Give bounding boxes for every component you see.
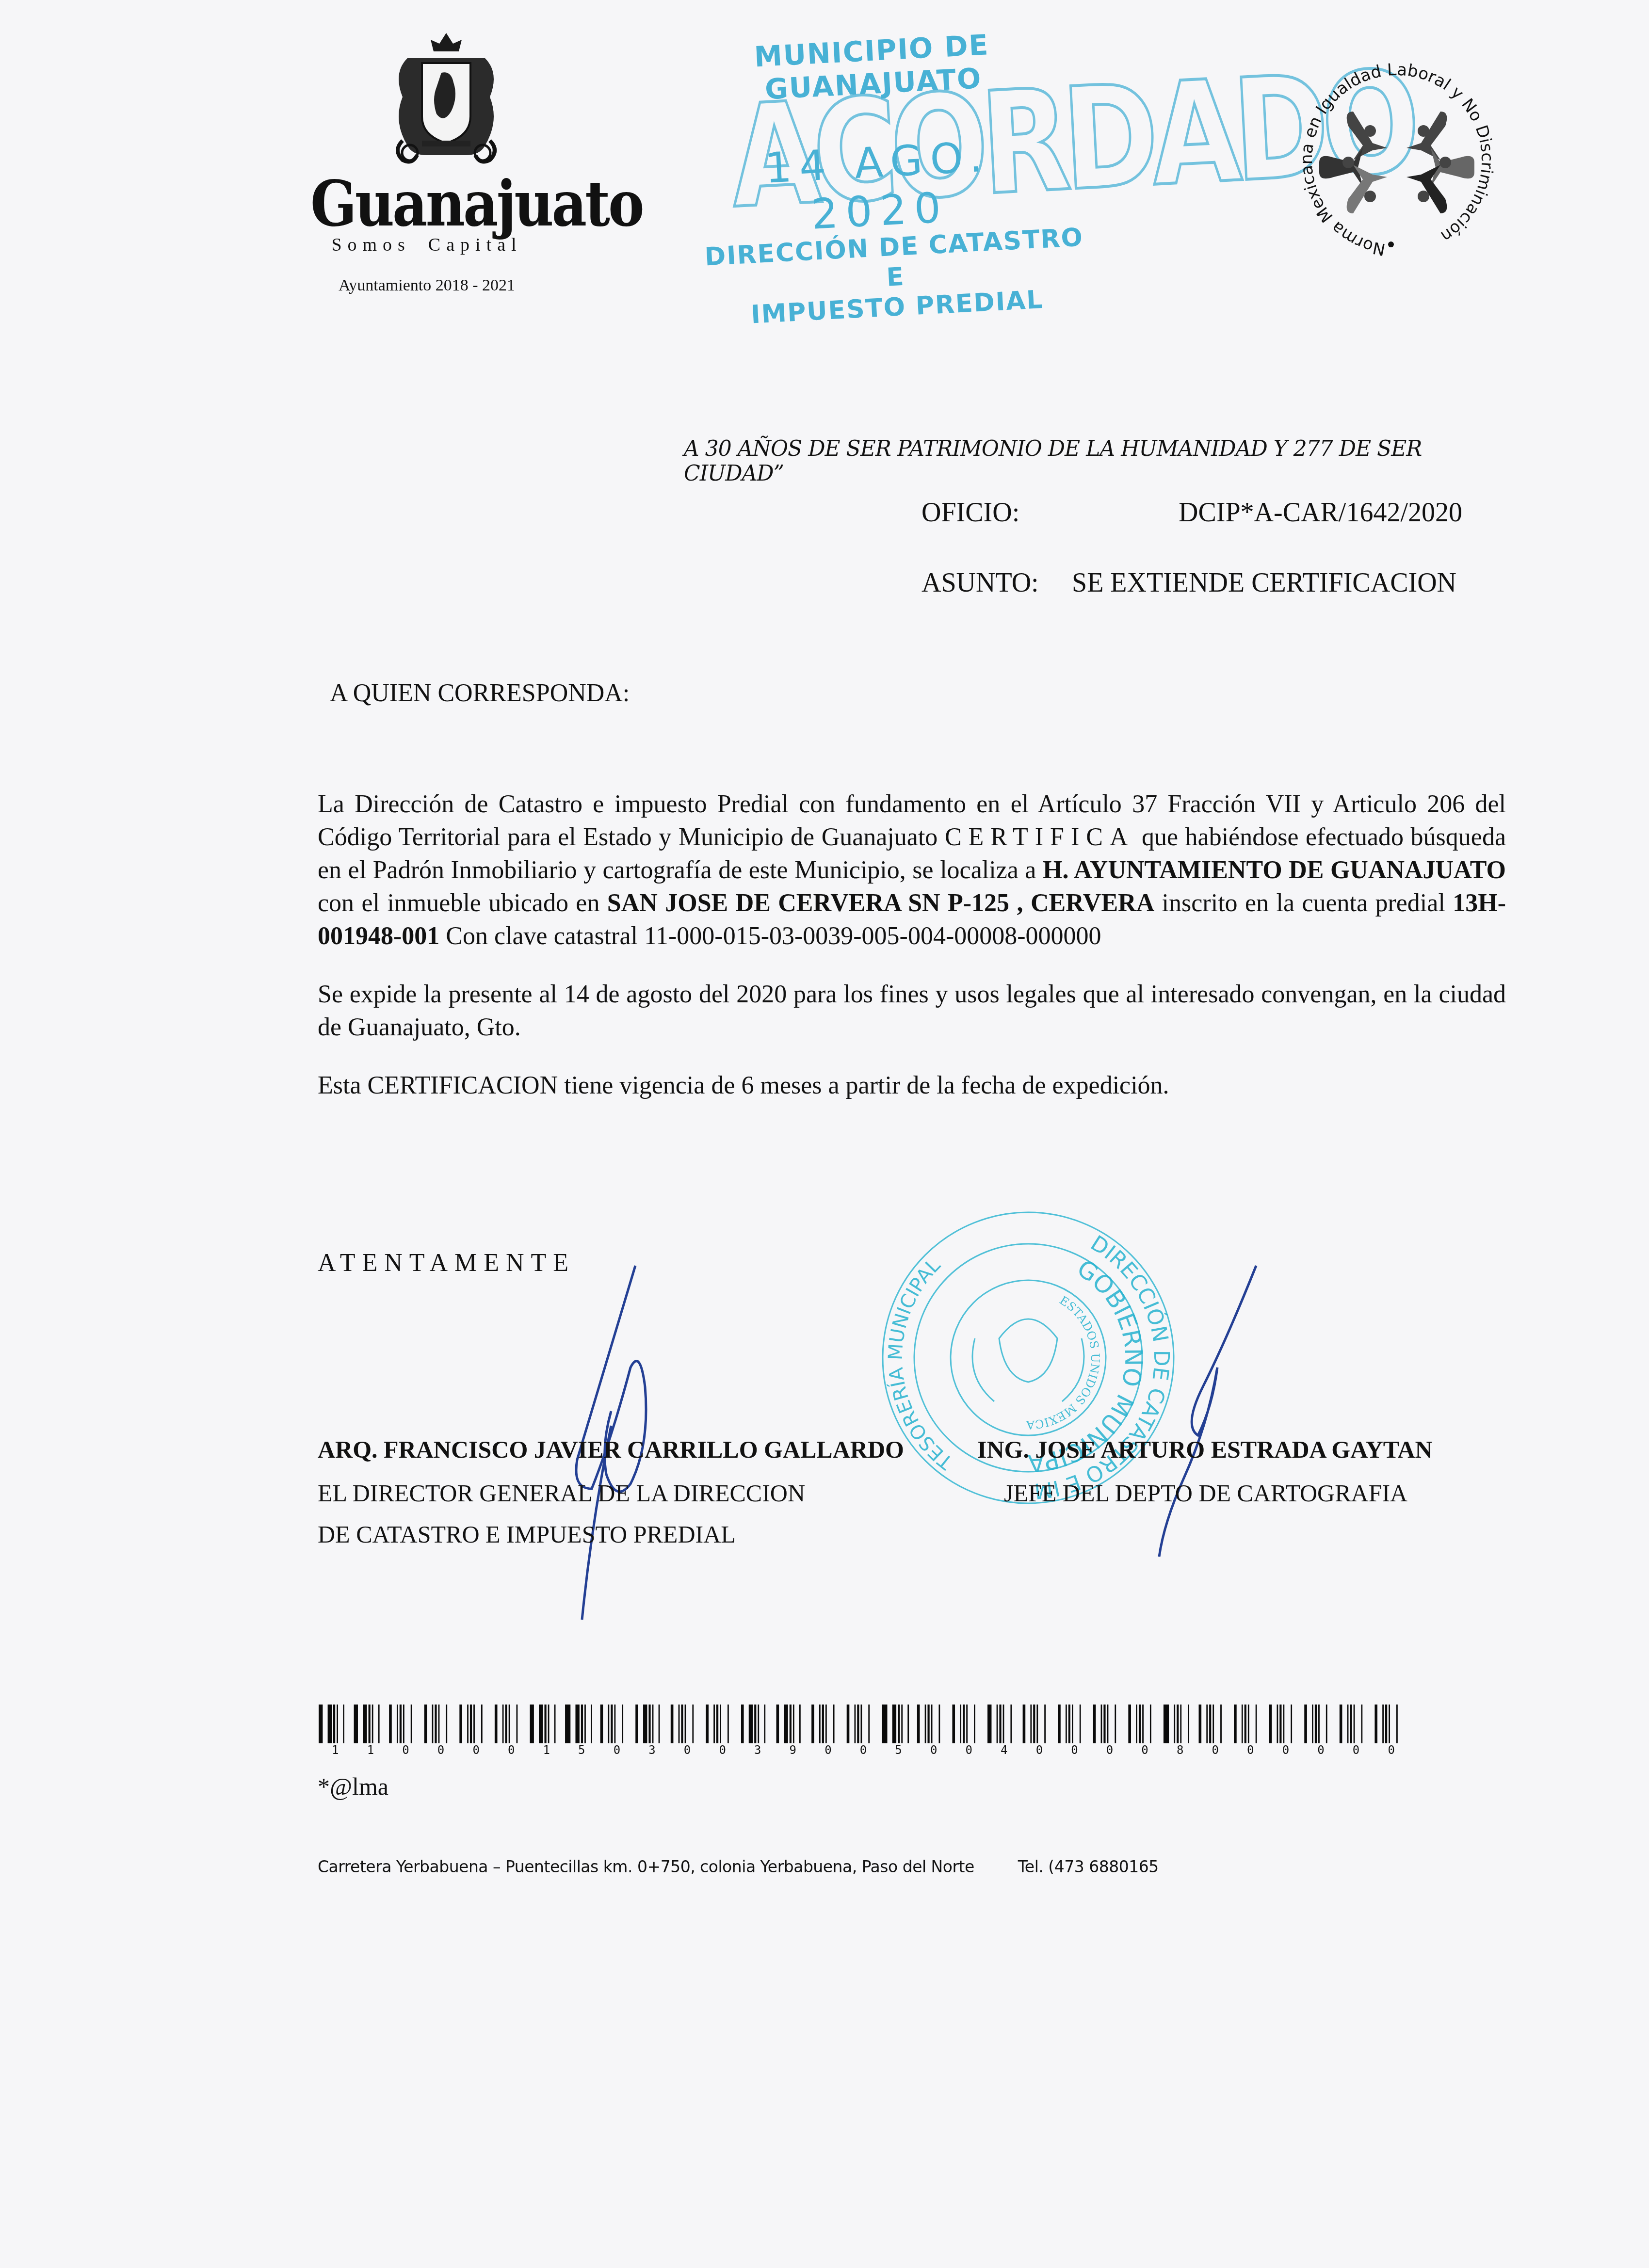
- signature-cartography-head: [1145, 1261, 1271, 1561]
- barcode-digit: 3: [754, 1743, 761, 1757]
- footer-contact: Carretera Yerbabuena – Puentecillas km. …: [318, 1857, 1159, 1876]
- barcode-digit: 0: [437, 1743, 444, 1757]
- validity-paragraph: Esta CERTIFICACION tiene vigencia de 6 m…: [318, 1069, 1506, 1102]
- barcode-digit: 0: [1247, 1743, 1254, 1757]
- footer-phone: Tel. (473 6880165: [1018, 1857, 1159, 1876]
- issue-paragraph: Se expide la presente al 14 de agosto de…: [318, 978, 1506, 1044]
- official-municipal-seal-icon: DIRECCIÓN DE CATASTRO E IMPUESTO PREDIAL…: [863, 1193, 1193, 1523]
- body-text: Con clave catastral: [439, 922, 644, 950]
- ayuntamiento-period: Ayuntamiento 2018 - 2021: [310, 276, 543, 295]
- barcode-digit: 1: [332, 1743, 339, 1757]
- asunto-value: SE EXTIENDE CERTIFICACION: [1072, 567, 1456, 598]
- typist-initials: *@lma: [318, 1772, 388, 1801]
- barcode-digit: 0: [508, 1743, 515, 1757]
- body-text: con el inmueble ubicado en: [318, 889, 607, 917]
- barcode-digit: 0: [1141, 1743, 1148, 1757]
- stamp-date: 14 AGO. 2020: [741, 131, 1017, 242]
- signatory-1-title-line1: EL DIRECTOR GENERAL DE LA DIRECCION: [318, 1479, 805, 1507]
- signatory-1-name: ARQ. FRANCISCO JAVIER CARRILLO GALLARDO: [318, 1435, 904, 1464]
- clave-catastral: 11-000-015-03-0039-005-004-00008-000000: [644, 922, 1101, 950]
- document-body: La Dirección de Catastro e impuesto Pred…: [318, 788, 1506, 1127]
- guanajuato-coat-of-arms-icon: [373, 29, 519, 170]
- barcode-digit: 0: [1317, 1743, 1324, 1757]
- barcode-digit: 0: [1036, 1743, 1043, 1757]
- equality-norm-seal-icon: Norma Mexicana en Igualdad Laboral y No …: [1271, 58, 1523, 262]
- stamp-department: DIRECCIÓN DE CATASTRO E IMPUESTO PREDIAL: [702, 222, 1089, 332]
- certification-paragraph: La Dirección de Catastro e impuesto Pred…: [318, 788, 1506, 953]
- barcode-digits: 1100001503003900500400008000000: [318, 1743, 1409, 1757]
- signatory-2-title: JEFE DEL DEPTO DE CARTOGRAFIA: [1004, 1479, 1407, 1507]
- brand-word: Guanajuato: [310, 173, 643, 236]
- closing-salutation: ATENTAMENTE: [318, 1249, 575, 1277]
- barcode-digit: 0: [930, 1743, 937, 1757]
- barcode-digit: 0: [824, 1743, 831, 1757]
- barcode-digit: 0: [614, 1743, 620, 1757]
- property-location: SAN JOSE DE CERVERA SN P-125 , CERVERA: [607, 889, 1154, 917]
- barcode-digit: 0: [472, 1743, 479, 1757]
- barcode-digit: 0: [860, 1743, 867, 1757]
- footer-address: Carretera Yerbabuena – Puentecillas km. …: [318, 1857, 974, 1876]
- barcode-digit: 0: [1106, 1743, 1113, 1757]
- certifica-word: CERTIFICA: [945, 823, 1135, 851]
- oficio-label: OFICIO:: [921, 497, 1019, 528]
- addressee: A QUIEN CORRESPONDA:: [330, 679, 630, 708]
- barcode-digit: 0: [965, 1743, 972, 1757]
- signatory-2-name: ING. JOSE ARTURO ESTRADA GAYTAN: [977, 1435, 1433, 1464]
- signatory-1-title-line2: DE CATASTRO E IMPUESTO PREDIAL: [318, 1520, 736, 1548]
- asunto-label: ASUNTO:: [921, 567, 1039, 598]
- barcode-digit: 5: [895, 1743, 902, 1757]
- barcode-digit: 9: [790, 1743, 796, 1757]
- barcode-digit: 0: [1071, 1743, 1078, 1757]
- barcode-digit: 0: [1282, 1743, 1289, 1757]
- barcode-digit: 1: [367, 1743, 374, 1757]
- barcode-digit: 0: [1353, 1743, 1359, 1757]
- body-text: inscrito en la cuenta predial: [1154, 889, 1453, 917]
- barcode-digit: 0: [402, 1743, 409, 1757]
- certification-document: Guanajuato Somos Capital Ayuntamiento 20…: [0, 0, 1649, 2268]
- barcode-digit: 4: [1001, 1743, 1007, 1757]
- property-owner: H. AYUNTAMIENTO DE GUANAJUATO: [1043, 856, 1506, 884]
- barcode-digit: 0: [684, 1743, 691, 1757]
- cadastral-barcode: [318, 1705, 1409, 1743]
- barcode-digit: 3: [648, 1743, 655, 1757]
- oficio-number: DCIP*A-CAR/1642/2020: [1179, 497, 1462, 528]
- guanajuato-brand-logo: Guanajuato Somos Capital: [310, 177, 543, 256]
- barcode-digit: 1: [543, 1743, 550, 1757]
- received-stamp: MUNICIPIO DE GUANAJUATO ACORDADO 14 AGO.…: [677, 19, 1088, 321]
- barcode-digit: 0: [1212, 1743, 1219, 1757]
- barcode-digit: 8: [1177, 1743, 1183, 1757]
- anniversary-slogan: A 30 AÑOS DE SER PATRIMONIO DE LA HUMANI…: [684, 436, 1508, 486]
- barcode-digit: 5: [578, 1743, 585, 1757]
- barcode-digit: 0: [719, 1743, 726, 1757]
- barcode-digit: 0: [1388, 1743, 1394, 1757]
